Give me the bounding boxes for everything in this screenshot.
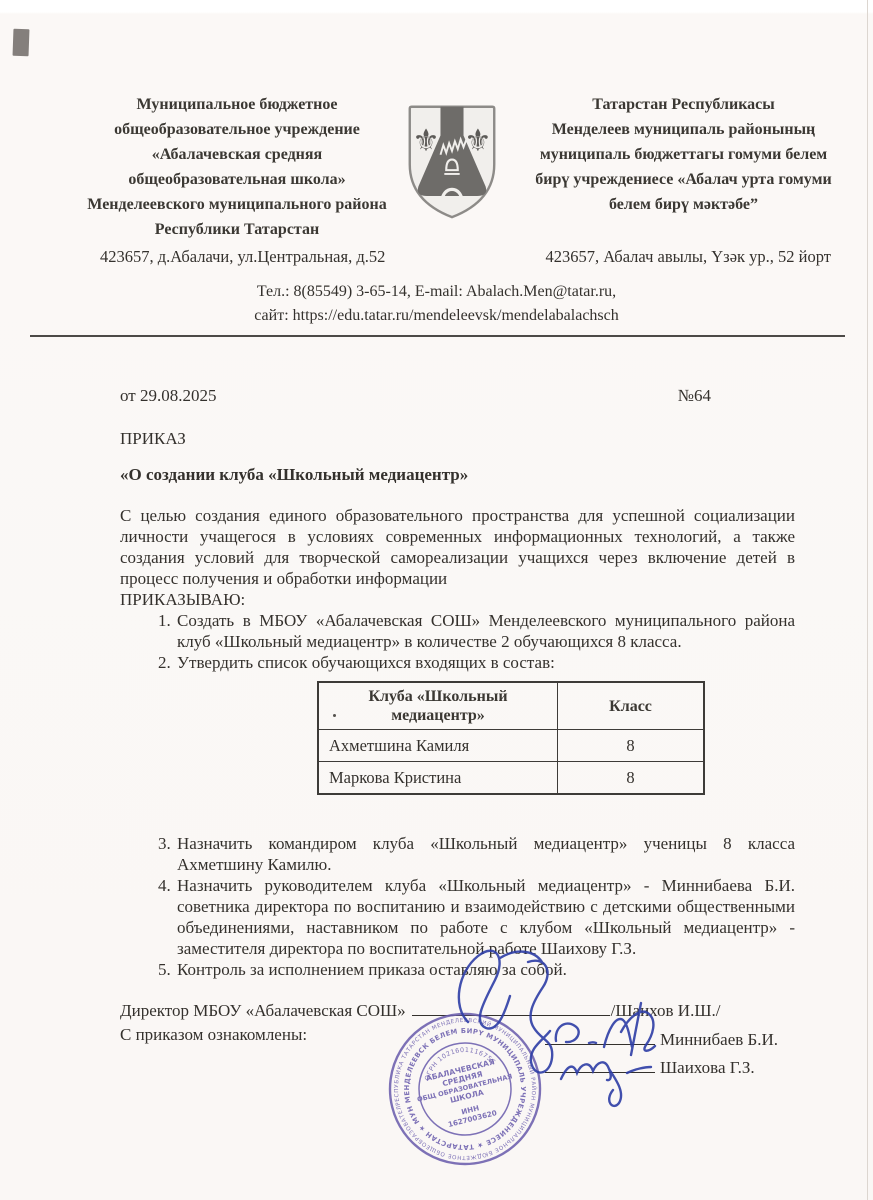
- org-line: «Абалачевская средняя: [78, 142, 396, 167]
- director-label: Директор МБОУ «Абалачевская СОШ»: [120, 1001, 406, 1020]
- address-russian: 423657, д.Абалачи, ул.Центральная, д.52: [100, 247, 385, 267]
- order-item-4: Назначить руководителем клуба «Школьный …: [175, 875, 795, 959]
- org-line: бирү учреждениесе «Абалач урта гомуми: [510, 167, 857, 192]
- acknowledgement-signatures: Миннибаев Б.И. Шаихова Г.З.: [545, 1030, 778, 1086]
- student-name: Маркова Кристина: [318, 762, 558, 795]
- order-title: «О создании клуба «Школьный медиацентр»: [120, 464, 795, 485]
- table-header-class: Класс: [558, 682, 705, 730]
- order-item-1: Создать в МБОУ «Абалачевская СОШ» Мендел…: [175, 610, 795, 652]
- org-line: муниципаль бюджеттагы гомуми белем: [510, 142, 857, 167]
- address-tatar: 423657, Абалач авылы, Үзәк ур., 52 йорт: [545, 247, 831, 267]
- ack-name: Миннибаев Б.И.: [660, 1030, 778, 1050]
- table-row: Маркова Кристина 8: [318, 762, 704, 795]
- letterhead: Муниципальное бюджетное общеобразователь…: [0, 0, 873, 242]
- table-header-club-label: Клуба «Школьный медиацентр»: [368, 688, 507, 724]
- order-items-1-2: Создать в МБОУ «Абалачевская СОШ» Мендел…: [120, 610, 795, 673]
- order-item-2: Утвердить список обучающихся входящих в …: [175, 652, 795, 673]
- stray-dot-mark: [333, 714, 336, 717]
- org-line: Менделеев муниципаль районының: [510, 117, 857, 142]
- org-line: общеобразовательная школа»: [78, 167, 396, 192]
- signature-line: [545, 1059, 655, 1073]
- ack-row: Шаихова Г.З.: [545, 1058, 778, 1086]
- contact-info: Тел.: 8(85549) 3-65-14, E-mail: Abalach.…: [0, 280, 873, 328]
- scanned-order-document: Муниципальное бюджетное общеобразователь…: [0, 0, 873, 1200]
- doc-type-heading: ПРИКАЗ: [120, 428, 795, 449]
- org-line: Татарстан Республикасы: [510, 92, 857, 117]
- org-line: общеобразовательное учреждение: [78, 117, 396, 142]
- ack-name: Шаихова Г.З.: [660, 1058, 755, 1078]
- letterhead-divider: [30, 335, 845, 337]
- org-line: Республики Татарстан: [78, 217, 396, 242]
- svg-text:⚜: ⚜: [412, 123, 440, 159]
- org-line: белем бирү мәктәбе”: [510, 192, 857, 217]
- student-class: 8: [558, 730, 705, 762]
- order-body: от 29.08.2025 №64 ПРИКАЗ «О создании клу…: [120, 385, 795, 1045]
- table-header-row: Клуба «Школьный медиацентр» Класс: [318, 682, 704, 730]
- scan-artifact-mark: [13, 29, 30, 57]
- org-name-russian: Муниципальное бюджетное общеобразователь…: [78, 92, 396, 242]
- ack-row: Миннибаев Б.И.: [545, 1030, 778, 1058]
- svg-text:⚜: ⚜: [464, 123, 492, 159]
- director-name: /Шаихов И.Ш./: [611, 1001, 721, 1020]
- order-date: от 29.08.2025: [120, 385, 216, 406]
- order-item-5: Контроль за исполнением приказа оставляю…: [175, 959, 795, 980]
- date-number-row: от 29.08.2025 №64: [120, 385, 795, 406]
- signature-line: [545, 1031, 655, 1045]
- preamble-paragraph: С целью создания единого образовательног…: [120, 505, 795, 589]
- order-items-3-5: Назначить командиром клуба «Школьный мед…: [120, 833, 795, 980]
- prikazyvayu-word: ПРИКАЗЫВАЮ:: [120, 589, 795, 610]
- student-class: 8: [558, 762, 705, 795]
- order-number: №64: [678, 385, 711, 406]
- org-line: Муниципальное бюджетное: [78, 92, 396, 117]
- members-table: Клуба «Школьный медиацентр» Класс Ахметш…: [317, 681, 705, 795]
- table-row: Ахметшина Камиля 8: [318, 730, 704, 762]
- org-name-tatar: Татарстан Республикасы Менделеев муницип…: [508, 92, 857, 242]
- order-item-3: Назначить командиром клуба «Школьный мед…: [175, 833, 795, 875]
- address-row: 423657, д.Абалачи, ул.Центральная, д.52 …: [0, 242, 873, 267]
- table-header-club: Клуба «Школьный медиацентр»: [318, 682, 558, 730]
- phone-email-line: Тел.: 8(85549) 3-65-14, E-mail: Abalach.…: [0, 280, 873, 304]
- student-name: Ахметшина Камиля: [318, 730, 558, 762]
- website-line: сайт: https://edu.tatar.ru/mendeleevsk/m…: [0, 304, 873, 328]
- org-line: Менделеевского муниципального района: [78, 192, 396, 217]
- district-coat-of-arms-icon: ⚜ ⚜: [396, 92, 508, 242]
